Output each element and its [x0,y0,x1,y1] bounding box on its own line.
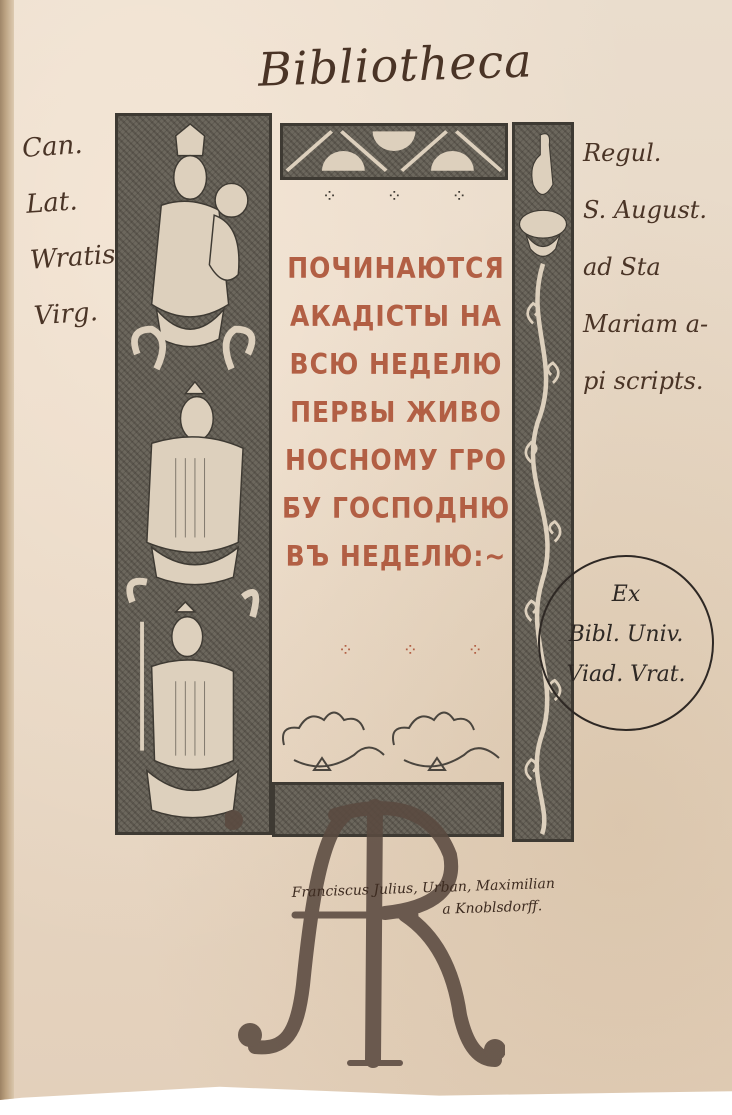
title-line: НОСНОМУ ГРО [282,433,510,488]
title-line: ВСЮ НЕДЕЛЮ [282,337,510,392]
stamp-line: Viad. Vrat. [540,655,712,695]
left-margin-annotation: Can. Lat. Wratis. Virg. [20,115,115,344]
right-margin-line: ad Sta [583,239,732,296]
left-margin-line: Lat. [24,171,108,232]
sunburst-band-illustration [283,126,505,177]
book-page: Bibliotheca Can. Lat. Wratis. Virg. Regu… [0,0,732,1100]
left-margin-line: Virg. [32,283,116,344]
stamp-line: Ex [540,575,712,615]
right-margin-line: Regul. [583,125,732,182]
woodcut-left-panel [115,113,272,835]
right-margin-line: S. August. [583,182,732,239]
library-ownership-stamp: Ex Bibl. Univ. Viad. Vrat. [538,555,714,731]
woodcut-figures-illustration [118,116,269,832]
title-line: БУ ГОСПОДНЮ [282,481,510,536]
title-line: ПОЧИНАЮТСЯ [282,241,510,296]
title-line: ВЪ НЕДЕЛЮ:~ [282,529,510,584]
scroll-ornament-band [274,700,510,780]
inscription-bibliotheca: Bibliotheca [257,33,533,97]
printed-title-text: ПОЧИНАЮТСЯ АКАДІСТЫ НА ВСЮ НЕДЕЛЮ ПЕРВЫ … [282,245,510,581]
right-margin-annotation: Regul. S. August. ad Sta Mariam a- pi sc… [583,125,732,410]
left-margin-line: Wratis. [28,227,112,288]
ar-monogram-ink [225,795,505,1085]
right-margin-line: Mariam a- [583,296,732,353]
woodcut-bird-vine-illustration [515,125,571,839]
stamp-line: Bibl. Univ. [540,615,712,655]
left-margin-line: Can. [20,115,104,176]
book-spine-edge [0,0,14,1100]
fleuron-ornaments-bottom: ⁘ ⁘ ⁘ [338,640,505,661]
woodcut-top-band [280,123,508,180]
woodcut-right-panel [512,122,574,842]
right-margin-line: pi scripts. [583,353,732,410]
title-line: АКАДІСТЫ НА [282,289,510,344]
title-line: ПЕРВЫ ЖИВО [282,385,510,440]
fleuron-ornaments-top: ⁘ ⁘ ⁘ [322,186,489,207]
